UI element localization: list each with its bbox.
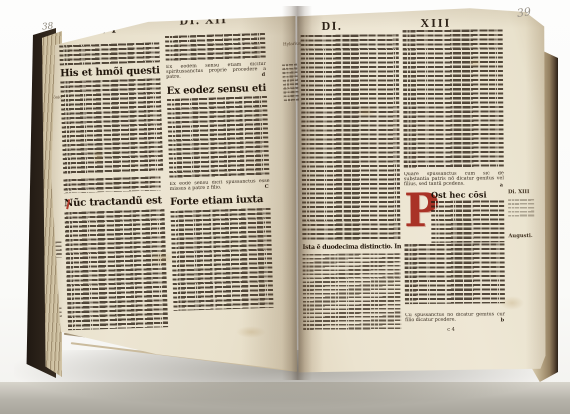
margin-note-block <box>508 199 534 217</box>
right-page: DI. XIII Ista ē duodecima distinctio. In… <box>296 6 548 378</box>
text-block <box>404 243 505 304</box>
margin-note-block <box>282 64 299 103</box>
text-block <box>64 209 168 330</box>
summary-paragraph: Ex eodem sensu etiam dicitur spiritussan… <box>166 62 266 81</box>
commentary-block <box>303 253 402 330</box>
left-page: LI. I DI. XII Respōsio His et hmõi quest… <box>40 10 298 382</box>
text-block <box>403 29 504 168</box>
summary-paragraph: Cū spūssanctus nō dicatur genitus cur fi… <box>405 312 505 324</box>
rubricated-initial-letter: P <box>404 191 431 243</box>
right-page-content: DI. XIII Ista ē duodecima distinctio. In… <box>294 5 549 379</box>
section-heading-rubricated: Nũc tractandũ est <box>64 194 164 210</box>
text-block <box>170 208 273 311</box>
quire-signature-mark: c 4 <box>405 326 505 333</box>
text-block <box>60 78 163 175</box>
text-block <box>431 200 504 243</box>
left-page-content: LI. I DI. XII Respōsio His et hmõi quest… <box>34 6 304 386</box>
margin-note: Augusti. <box>508 233 532 239</box>
text-block <box>167 96 269 179</box>
left-page-column-1: His et hmõi questi Nũc tractandũ est <box>59 42 168 330</box>
paragraph-text: Ex eodem sensu etiam dicitur spiritussan… <box>166 62 266 81</box>
paragraph-reference-letter: a <box>500 183 503 188</box>
right-page-column-2: Quare spūssanctus cum sic de substantia … <box>403 29 506 333</box>
right-page-column-1: Ista ē duodecima distinctio. In <box>301 34 402 330</box>
text-block <box>59 42 160 65</box>
initial-adjacent-text: Ost hec cōsi <box>431 190 504 243</box>
text-block <box>63 176 160 193</box>
section-heading: Forte etiam iuxta <box>170 193 270 209</box>
margin-note: Di. XIII <box>508 189 529 195</box>
text-block <box>301 34 401 241</box>
rubricated-section-start: P Ost hec cōsi <box>404 190 504 243</box>
paragraph-text: Ex eodē sensu dicit spūssanctus esse mis… <box>170 179 270 192</box>
paragraph-text: Cū spūssanctus nō dicatur genitus cur fi… <box>405 312 505 323</box>
left-page-column-2: Ex eodem sensu etiam dicitur spiritussan… <box>165 33 274 311</box>
section-opening-words: Ost hec cōsi <box>431 190 504 200</box>
running-head-left-col: LI. I <box>87 22 118 38</box>
running-head-right-col: DI. XII <box>179 12 227 28</box>
photo-of-open-incunable: LI. I DI. XII Respōsio His et hmõi quest… <box>0 0 570 414</box>
running-head-left-col: DI. <box>321 19 342 34</box>
summary-paragraph: Ex eodē sensu dicit spūssanctus esse mis… <box>170 179 270 193</box>
paragraph-reference-letter: C <box>265 185 269 190</box>
handwritten-folio-number-left: 38 <box>42 21 54 32</box>
handwritten-folio-number-right: 39 <box>516 5 532 20</box>
distinctio-heading: Ista ē duodecima distinctio. In <box>302 243 400 252</box>
paragraph-reference-letter: d <box>262 73 266 78</box>
running-head-right-col: XIII <box>420 16 451 31</box>
paragraph-reference-letter: b <box>501 318 505 323</box>
text-block <box>165 33 266 62</box>
